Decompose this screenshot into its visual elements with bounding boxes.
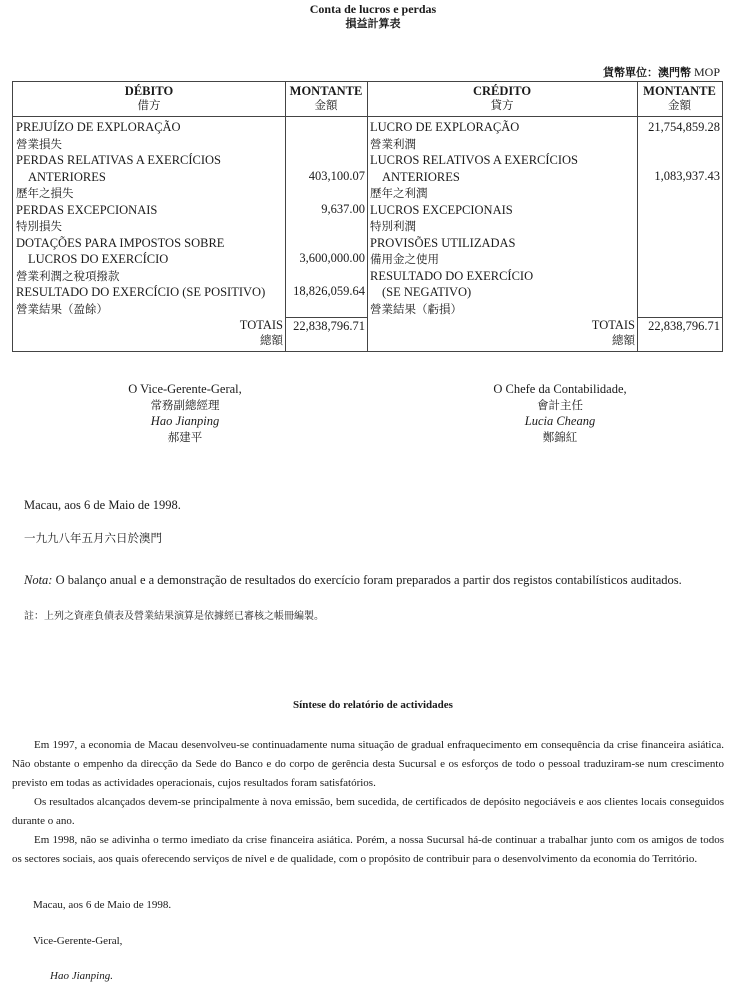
debit-row: PERDAS RELATIVAS A EXERCÍCIOS ANTERIORES… (16, 152, 282, 202)
debit-total-box: 22,838,796.71 (285, 317, 367, 351)
credit-amount: 1,083,937.43 (654, 168, 720, 185)
note-label: Nota: (24, 573, 52, 587)
row-label-cont: LUCROS DO EXERCÍCIO (16, 251, 282, 268)
document-title-zh: 損益計算表 (0, 17, 746, 31)
credit-total-value: 22,838,796.71 (648, 319, 720, 334)
row-label-cont: (SE NEGATIVO) (370, 284, 634, 301)
report-paragraph: Os resultados alcançados devem-se princi… (12, 793, 724, 831)
debit-header-en: DÉBITO (13, 84, 285, 98)
amount-header-zh: 金額 (285, 98, 367, 113)
report-date: Macau, aos 6 de Maio de 1998. (33, 899, 171, 911)
report-signer-title: Vice-Gerente-Geral, (33, 935, 122, 947)
debit-amount-header: MONTANTE 金額 (285, 82, 367, 117)
debit-header: DÉBITO 借方 (13, 82, 285, 117)
credit-row: LUCROS RELATIVOS A EXERCÍCIOS ANTERIORES… (370, 152, 634, 202)
signature-vice-manager: O Vice-Gerente-Geral, 常務副總經理 Hao Jianpin… (95, 381, 275, 445)
row-label: DOTAÇÕES PARA IMPOSTOS SOBRE (16, 235, 282, 252)
row-label-zh: 營業損失 (16, 136, 282, 153)
debit-amount: 9,637.00 (321, 201, 365, 218)
credit-row: LUCROS EXCEPCIONAIS 特別利潤 (370, 202, 634, 235)
row-label-cont: ANTERIORES (16, 169, 282, 186)
credit-header-zh: 貸方 (367, 98, 637, 113)
signer-name: Hao Jianping (95, 413, 275, 429)
debit-total-value: 22,838,796.71 (293, 319, 365, 334)
currency-unit: 貨幣單位：澳門幣 MOP (603, 64, 720, 80)
row-label: LUCRO DE EXPLORAÇÃO (370, 119, 634, 136)
row-label: LUCROS EXCEPCIONAIS (370, 202, 634, 219)
report-body: Em 1997, a economia de Macau desenvolveu… (12, 736, 724, 869)
note: Nota: O balanço anual e a demonstração d… (24, 572, 744, 588)
credit-total-label: TOTAIS 總額 (592, 318, 635, 348)
debit-header-zh: 借方 (13, 98, 285, 113)
signer-name-zh: 鄭錦紅 (460, 429, 660, 445)
total-label-zh: 總額 (240, 333, 283, 348)
row-label-cont: ANTERIORES (370, 169, 634, 186)
row-label: PREJUÍZO DE EXPLORAÇÃO (16, 119, 282, 136)
signer-name-zh: 郝建平 (95, 429, 275, 445)
row-label-zh: 歷年之損失 (16, 185, 282, 202)
document-title: Conta de lucros e perdas (0, 2, 746, 16)
debit-amount-column: MONTANTE 金額 403,100.07 9,637.00 3,600,00… (285, 82, 368, 351)
row-label-zh: 營業利潤之稅項撥款 (16, 268, 282, 285)
row-label-zh: 備用金之使用 (370, 251, 634, 268)
total-label: TOTAIS (592, 318, 635, 333)
row-label-zh: 特別損失 (16, 218, 282, 235)
credit-amount: 21,754,859.28 (648, 119, 720, 136)
credit-header: CRÉDITO 貸方 (367, 82, 637, 117)
total-label: TOTAIS (240, 318, 283, 333)
note-zh: 註：上列之資產負債表及營業結果演算是依據經已審核之帳冊編製。 (24, 607, 324, 622)
debit-rows: PREJUÍZO DE EXPLORAÇÃO 營業損失 PERDAS RELAT… (16, 119, 282, 317)
credit-row: LUCRO DE EXPLORAÇÃO 營業利潤 (370, 119, 634, 152)
row-label: PERDAS EXCEPCIONAIS (16, 202, 282, 219)
signature-accounting-chief: O Chefe da Contabilidade, 會計主任 Lucia Che… (460, 381, 660, 445)
profit-loss-table: DÉBITO 借方 PREJUÍZO DE EXPLORAÇÃO 營業損失 PE… (12, 81, 723, 352)
report-title: Síntese do relatório de actividades (0, 699, 746, 711)
credit-rows: LUCRO DE EXPLORAÇÃO 營業利潤 LUCROS RELATIVO… (370, 119, 634, 317)
debit-row: PERDAS EXCEPCIONAIS 特別損失 (16, 202, 282, 235)
row-label: RESULTADO DO EXERCÍCIO (370, 268, 634, 285)
debit-row: PREJUÍZO DE EXPLORAÇÃO 營業損失 (16, 119, 282, 152)
signer-title-zh: 會計主任 (460, 397, 660, 413)
debit-row: DOTAÇÕES PARA IMPOSTOS SOBRE LUCROS DO E… (16, 235, 282, 285)
debit-amount: 403,100.07 (309, 168, 365, 185)
signer-title-zh: 常務副總經理 (95, 397, 275, 413)
amount-header-en: MONTANTE (637, 84, 722, 98)
row-label: RESULTADO DO EXERCÍCIO (SE POSITIVO) (16, 284, 282, 301)
debit-column: DÉBITO 借方 PREJUÍZO DE EXPLORAÇÃO 營業損失 PE… (13, 82, 286, 351)
row-label: PROVISÕES UTILIZADAS (370, 235, 634, 252)
row-label: LUCROS RELATIVOS A EXERCÍCIOS (370, 152, 634, 169)
credit-amount-column: MONTANTE 金額 21,754,859.28 1,083,937.43 2… (637, 82, 722, 351)
credit-total-box: 22,838,796.71 (637, 317, 722, 351)
report-paragraph: Em 1997, a economia de Macau desenvolveu… (12, 736, 724, 793)
signer-title: O Chefe da Contabilidade, (460, 381, 660, 397)
credit-amount-header: MONTANTE 金額 (637, 82, 722, 117)
debit-row: RESULTADO DO EXERCÍCIO (SE POSITIVO) 營業結… (16, 284, 282, 317)
row-label-zh: 歷年之利潤 (370, 185, 634, 202)
debit-amount: 3,600,000.00 (299, 250, 365, 267)
date-line: Macau, aos 6 de Maio de 1998. (24, 497, 181, 513)
currency-unit-zh: 貨幣單位：澳門幣 (603, 66, 691, 79)
note-text: O balanço anual e a demonstração de resu… (52, 573, 681, 587)
amount-header-zh: 金額 (637, 98, 722, 113)
debit-total-label: TOTAIS 總額 (240, 318, 283, 348)
signer-title: O Vice-Gerente-Geral, (95, 381, 275, 397)
report-paragraph: Em 1998, não se adivinha o termo imediat… (12, 831, 724, 869)
date-line-zh: 一九九八年五月六日於澳門 (24, 530, 162, 546)
credit-header-en: CRÉDITO (367, 84, 637, 98)
credit-row: PROVISÕES UTILIZADAS 備用金之使用 (370, 235, 634, 268)
row-label-zh: 特別利潤 (370, 218, 634, 235)
row-label-zh: 營業結果（虧損） (370, 301, 634, 318)
currency-code: MOP (694, 65, 720, 79)
row-label-zh: 營業結果（盈餘） (16, 301, 282, 318)
credit-column: CRÉDITO 貸方 LUCRO DE EXPLORAÇÃO 營業利潤 LUCR… (367, 82, 638, 351)
report-signer-name: Hao Jianping. (50, 970, 113, 982)
credit-row: RESULTADO DO EXERCÍCIO (SE NEGATIVO) 營業結… (370, 268, 634, 318)
total-label-zh: 總額 (592, 333, 635, 348)
signer-name: Lucia Cheang (460, 413, 660, 429)
row-label-zh: 營業利潤 (370, 136, 634, 153)
debit-amount: 18,826,059.64 (293, 283, 365, 300)
row-label: PERDAS RELATIVAS A EXERCÍCIOS (16, 152, 282, 169)
amount-header-en: MONTANTE (285, 84, 367, 98)
